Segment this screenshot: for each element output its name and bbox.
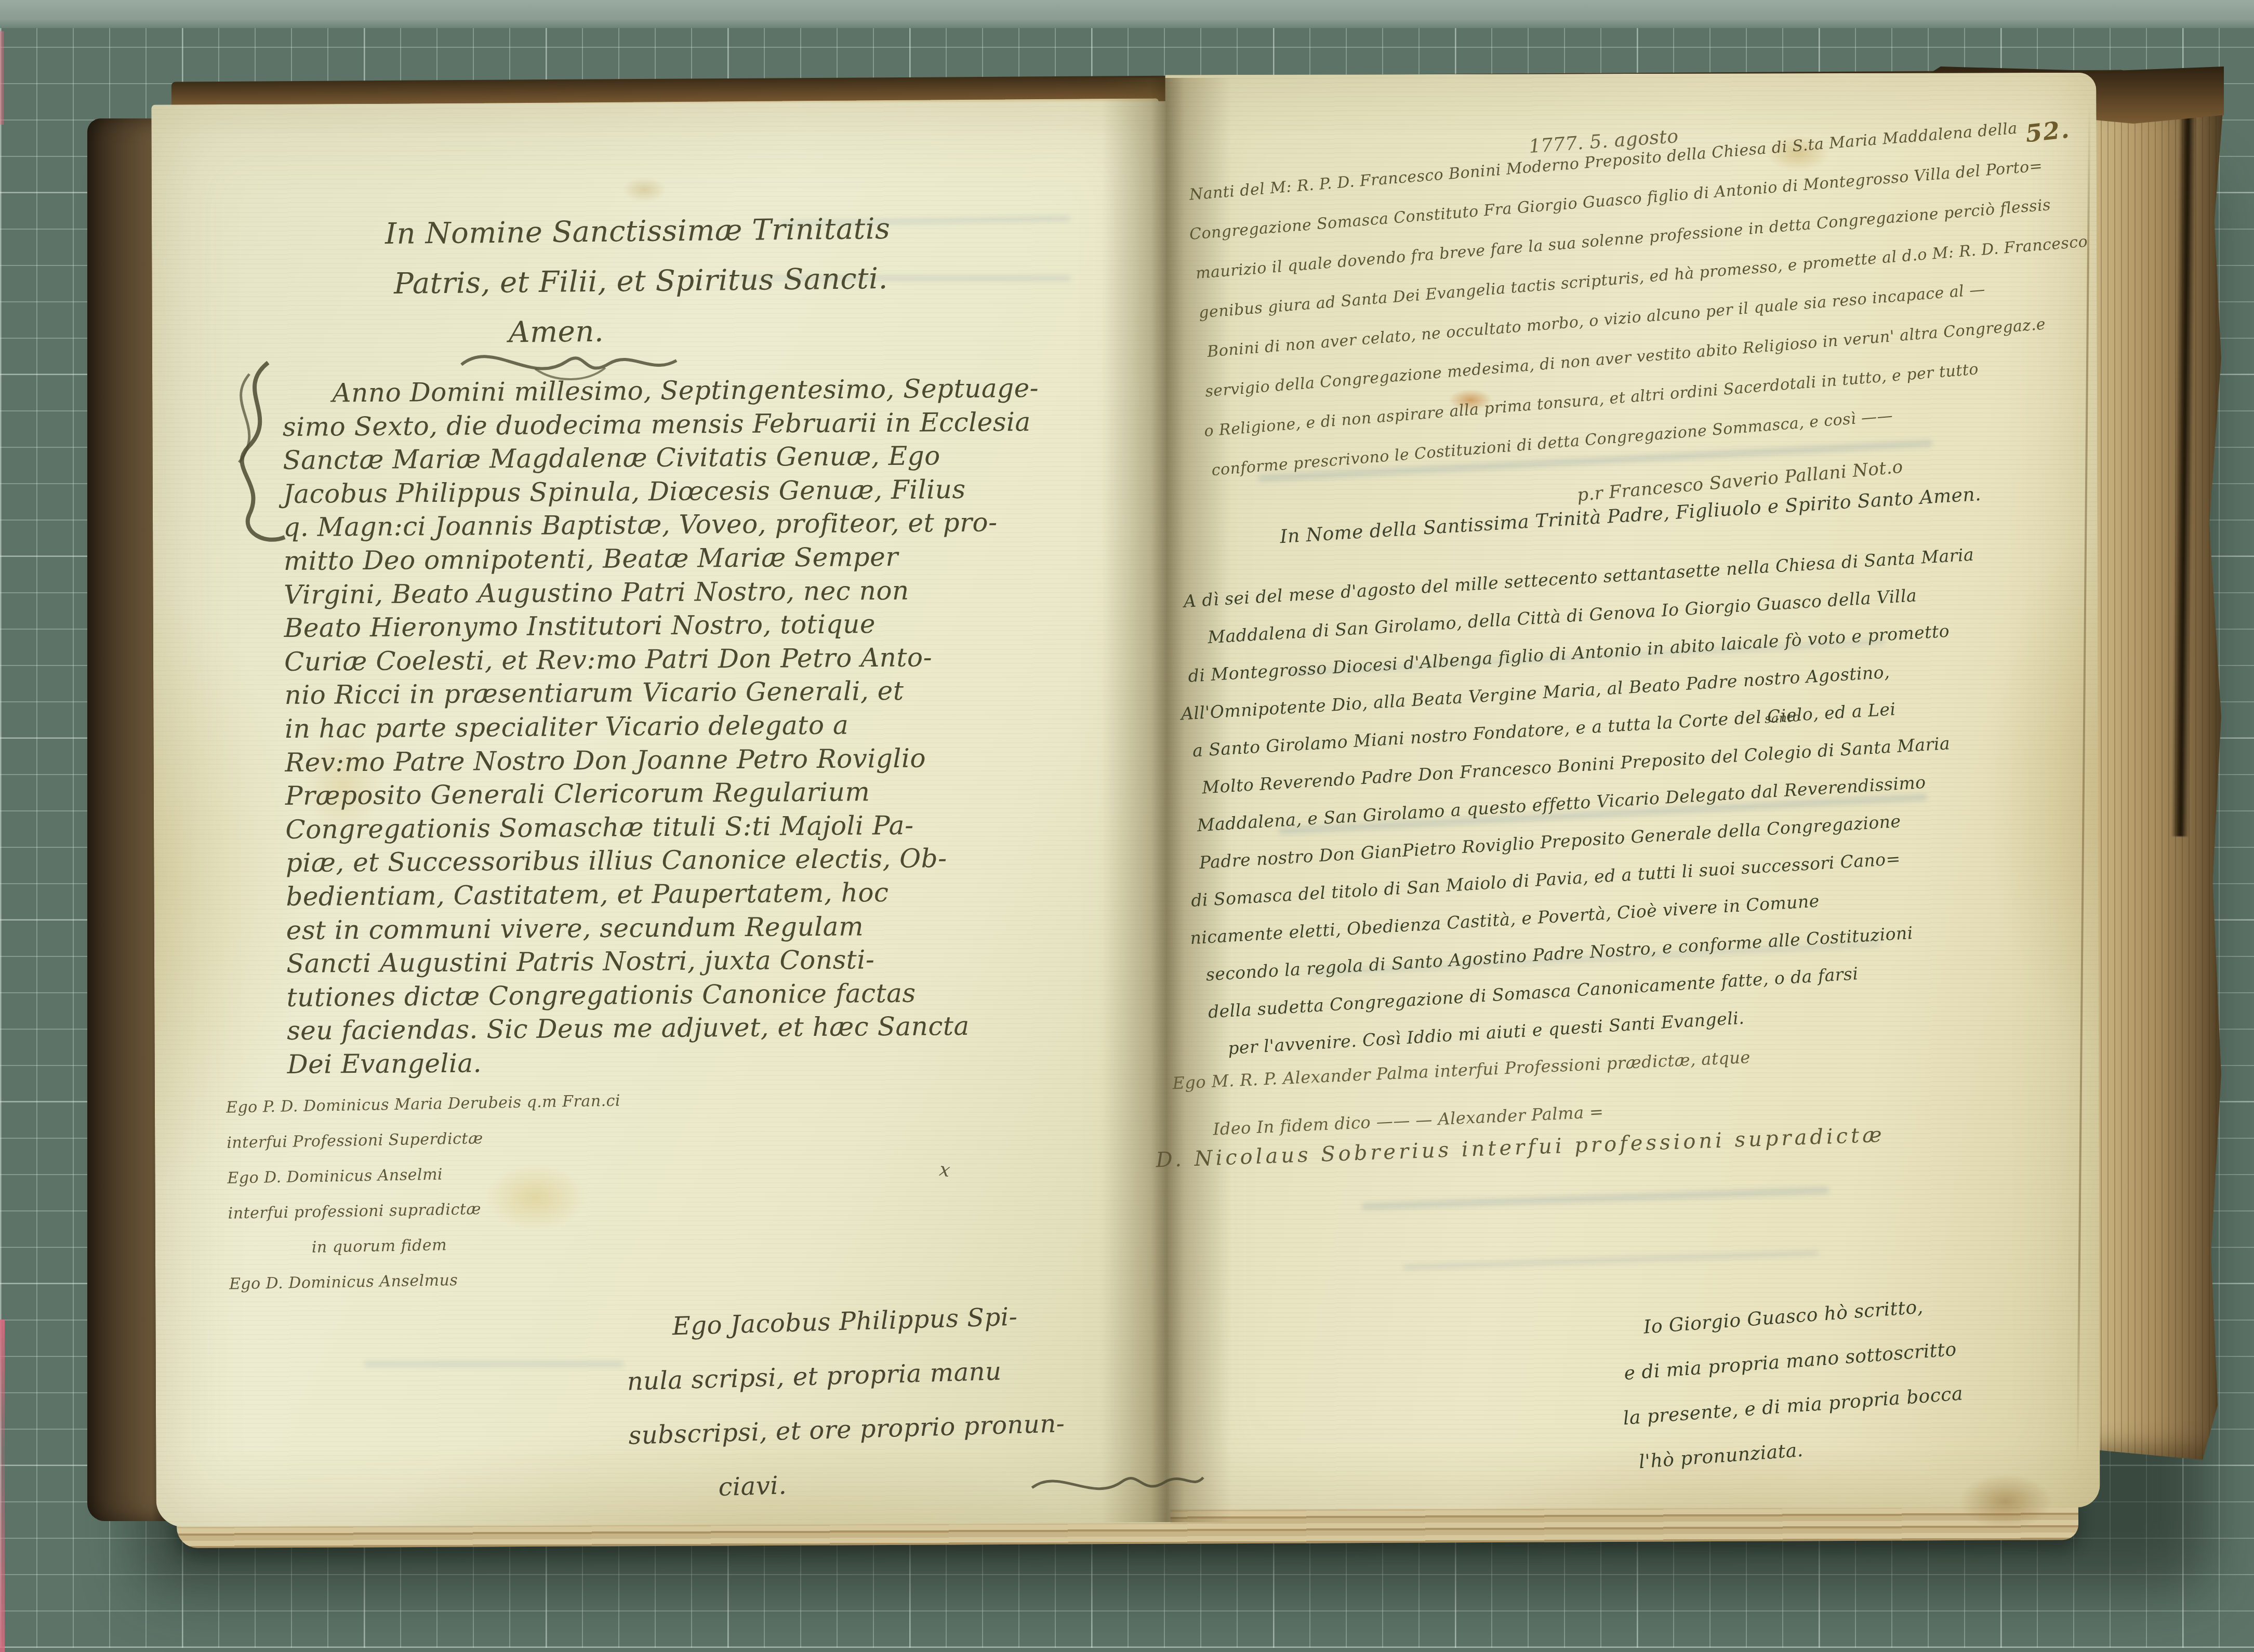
handwritten-text-line: Ego Jacobus Philippus Spi-	[671, 1288, 1063, 1353]
handwritten-text-line: Congregationis Somaschæ tituli S:ti Majo…	[285, 808, 1042, 847]
handwritten-text-line: Dei Evangelia.	[287, 1043, 1043, 1082]
handwritten-text-line: ciavi.	[718, 1450, 1067, 1514]
mat-pink-edge-mark-top	[0, 31, 4, 125]
handwritten-text-line: Ego P. D. Dominicus Maria Derubeis q.m F…	[226, 1083, 620, 1125]
handwritten-text-line: Virgini, Beato Augustino Patri Nostro, n…	[284, 572, 1040, 611]
ink-showthrough	[364, 1361, 624, 1367]
handwritten-text-line: nio Ricci in præsentiarum Vicario Genera…	[284, 673, 1041, 712]
spinula-autograph-subscription: Ego Jacobus Philippus Spi-nula scripsi, …	[625, 1288, 1067, 1516]
handwritten-text-line: est in communi vivere, secundum Regulam	[286, 908, 1042, 947]
handwritten-text-line: Curiæ Coelesti, et Rev:mo Patri Don Petr…	[284, 640, 1041, 679]
handwritten-text-line: Sancti Augustini Patris Nostri, juxta Co…	[286, 942, 1043, 981]
guasco-autograph-note: Io Giorgio Guasco hò scritto,e di mia pr…	[1619, 1283, 1968, 1485]
handwritten-text-line: in quorum fidem	[311, 1224, 623, 1265]
mat-top-band	[0, 0, 2254, 28]
italian-profession-text: A dì sei del mese d'agosto del mille set…	[1183, 536, 2001, 1069]
handwritten-text-line: Beato Hieronymo Institutori Nostro, toti…	[284, 606, 1040, 645]
handwritten-text-line: piæ, et Successoribus illius Canonice el…	[286, 841, 1042, 880]
handwritten-text-line: Ego D. Dominicus Anselmus	[229, 1260, 624, 1302]
calligraphic-flourish-after-subscription	[1028, 1462, 1206, 1504]
handwritten-text-line: q. Magn:ci Joannis Baptistæ, Voveo, prof…	[283, 505, 1040, 544]
handwritten-text-line: bedientiam, Castitatem, et Paupertatem, …	[286, 875, 1042, 914]
handwritten-text-line: Præposito Generali Clericorum Regularium	[285, 774, 1042, 813]
interlinear-insert-word: santo	[1764, 710, 1800, 726]
handwritten-text-line: mitto Deo omnipotenti, Beatæ Mariæ Sempe…	[284, 539, 1040, 578]
handwritten-text-line: Sanctæ Mariæ Magdalenæ Civitatis Genuæ, …	[283, 438, 1039, 477]
mat-pink-edge-mark	[0, 1320, 5, 1648]
handwritten-text-line: seu faciendas. Sic Deus me adjuvet, et h…	[287, 1009, 1043, 1048]
handwritten-text-line: tutiones dictæ Congregationis Canonice f…	[286, 976, 1043, 1015]
handwritten-text-line: Patris, et Filii, et Spiritus Sancti.	[394, 254, 891, 309]
handwritten-text-line: Anno Domini millesimo, Septingentesimo, …	[332, 371, 1039, 410]
handwritten-text-line: simo Sexto, die duodecima mensis Februar…	[283, 405, 1039, 444]
handwritten-text-line: Rev:mo Patre Nostro Don Joanne Petro Rov…	[285, 740, 1041, 779]
photograph-of-manuscript: In Nomine Sanctissimæ TrinitatisPatris, …	[0, 0, 2254, 1648]
witness-attestations-left: Ego P. D. Dominicus Maria Derubeis q.m F…	[226, 1083, 624, 1302]
handwritten-text-line: Jacobus Philippus Spinula, Diœcesis Genu…	[283, 472, 1040, 511]
latin-profession-text: Anno Domini millesimo, Septingentesimo, …	[282, 371, 1043, 1082]
latin-invocation-heading: In Nomine Sanctissimæ TrinitatisPatris, …	[385, 204, 892, 359]
handwritten-text-line: In Nomine Sanctissimæ Trinitatis	[385, 204, 891, 259]
handwritten-text-line: in hac parte specialiter Vicario delegat…	[285, 707, 1041, 746]
